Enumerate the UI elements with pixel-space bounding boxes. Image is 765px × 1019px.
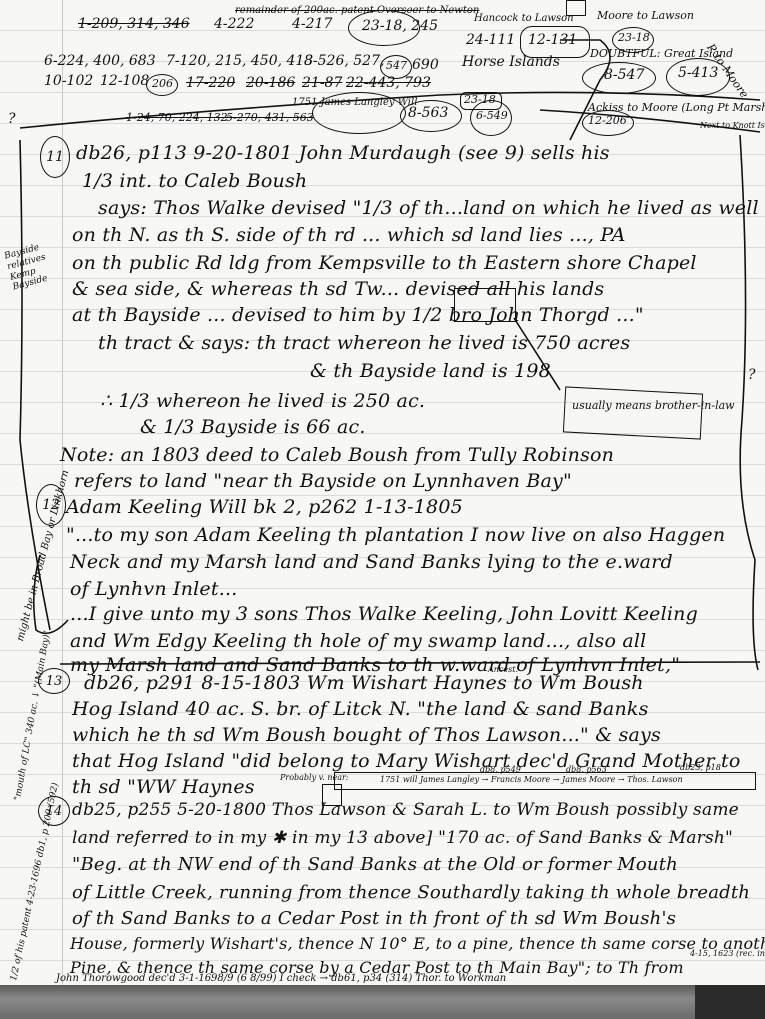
page-corner-shadow	[695, 985, 765, 1019]
notebook-page: remainder of 200ac. patent Overseer to N…	[0, 0, 765, 985]
page-bottom-shadow	[0, 985, 765, 1019]
pen-strokes	[0, 0, 765, 985]
